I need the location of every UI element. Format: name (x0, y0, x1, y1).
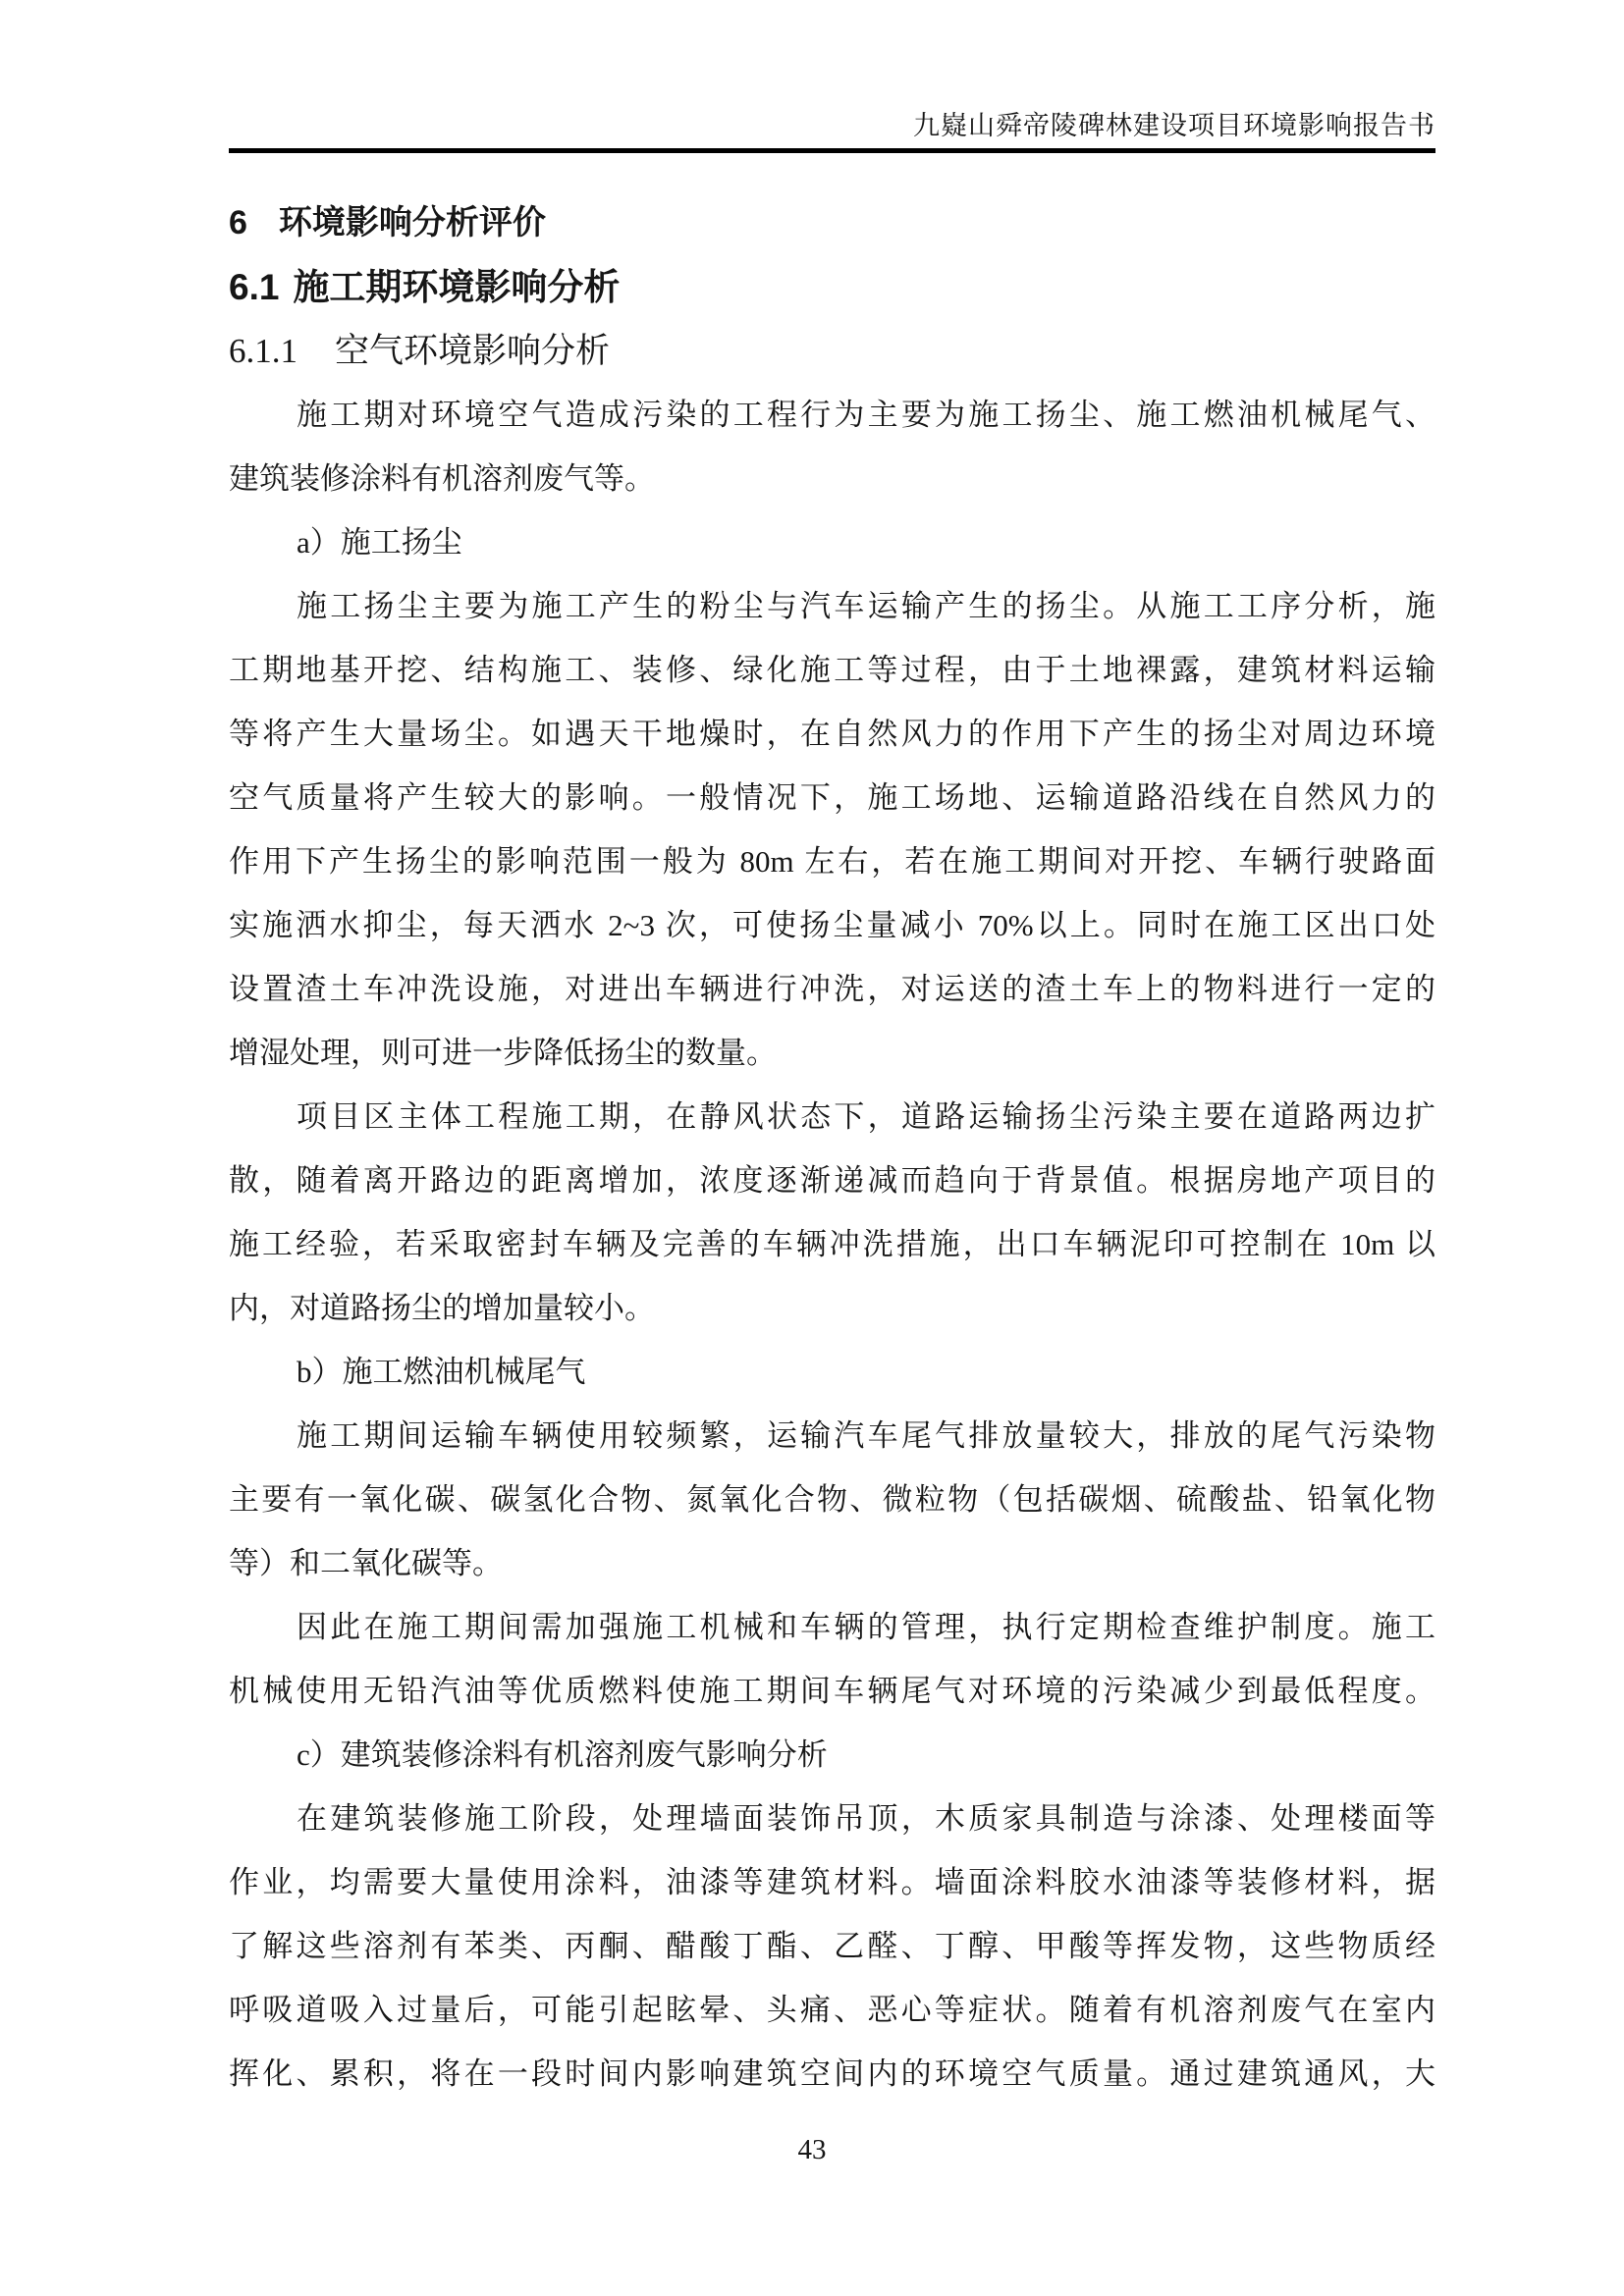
body-line: 施工扬尘主要为施工产生的粉尘与汽车运输产生的扬尘。从施工工序分析，施 (229, 574, 1435, 638)
body-line: 设置渣土车冲洗设施，对进出车辆进行冲洗，对运送的渣土车上的物料进行一定的 (229, 957, 1435, 1021)
subsubsection-number: 6.1.1 (229, 332, 298, 370)
body-line: 挥化、累积，将在一段时间内影响建筑空间内的环境空气质量。通过建筑通风，大 (229, 2042, 1435, 2106)
body-line: 工期地基开挖、结构施工、装修、绿化施工等过程，由于土地裸露，建筑材料运输 (229, 638, 1435, 702)
body-line: 因此在施工期间需加强施工机械和车辆的管理，执行定期检查维护制度。施工 (229, 1595, 1435, 1659)
body-line: 建筑装修涂料有机溶剂废气等。 (229, 447, 1435, 510)
subsubsection-heading: 6.1.1空气环境影响分析 (229, 319, 1435, 383)
body-line: 在建筑装修施工阶段，处理墙面装饰吊顶，木质家具制造与涂漆、处理楼面等 (229, 1787, 1435, 1850)
body-line: 机械使用无铅汽油等优质燃料使施工期间车辆尾气对环境的污染减少到最低程度。 (229, 1659, 1435, 1723)
body-line: 内，对道路扬尘的增加量较小。 (229, 1276, 1435, 1340)
body-line: 空气质量将产生较大的影响。一般情况下，施工场地、运输道路沿线在自然风力的 (229, 766, 1435, 829)
body-line: 作用下产生扬尘的影响范围一般为 80m 左右，若在施工期间对开挖、车辆行驶路面 (229, 829, 1435, 893)
subsubsection-title: 空气环境影响分析 (335, 332, 610, 370)
page-number: 43 (798, 2134, 827, 2165)
body-line: 施工经验，若采取密封车辆及完善的车辆冲洗措施，出口车辆泥印可控制在 10m 以 (229, 1212, 1435, 1276)
section-title: 环境影响分析评价 (279, 204, 546, 241)
body-line: 等将产生大量场尘。如遇天干地燥时，在自然风力的作用下产生的扬尘对周边环境 (229, 702, 1435, 766)
body-line: 等）和二氧化碳等。 (229, 1531, 1435, 1595)
body-text: 施工期对环境空气造成污染的工程行为主要为施工扬尘、施工燃油机械尾气、建筑装修涂料… (229, 383, 1435, 2106)
subsection-title: 施工期环境影响分析 (293, 267, 620, 307)
list-item-subheading: c）建筑装修涂料有机溶剂废气影响分析 (229, 1723, 1435, 1787)
document-page: 九嶷山舜帝陵碑林建设项目环境影响报告书 6环境影响分析评价 6.1施工期环境影响… (0, 0, 1624, 2296)
body-line: 作业，均需要大量使用涂料，油漆等建筑材料。墙面涂料胶水油漆等装修材料，据 (229, 1850, 1435, 1914)
body-line: 主要有一氧化碳、碳氢化合物、氮氧化合物、微粒物（包括碳烟、硫酸盐、铅氧化物 (229, 1468, 1435, 1531)
document-content: 6环境影响分析评价 6.1施工期环境影响分析 6.1.1空气环境影响分析 施工期… (229, 191, 1435, 2106)
body-line: 实施洒水抑尘，每天洒水 2~3 次，可使扬尘量减小 70%以上。同时在施工区出口… (229, 893, 1435, 957)
body-line: 散，随着离开路边的距离增加，浓度逐渐递减而趋向于背景值。根据房地产项目的 (229, 1148, 1435, 1212)
page-footer: 43 (0, 2132, 1624, 2167)
body-line: 项目区主体工程施工期，在静风状态下，道路运输扬尘污染主要在道路两边扩 (229, 1085, 1435, 1148)
header-rule (229, 148, 1435, 153)
section-heading: 6环境影响分析评价 (229, 191, 1435, 255)
body-line: 施工期间运输车辆使用较频繁，运输汽车尾气排放量较大，排放的尾气污染物 (229, 1404, 1435, 1468)
body-line: 了解这些溶剂有苯类、丙酮、醋酸丁酯、乙醛、丁醇、甲酸等挥发物，这些物质经 (229, 1914, 1435, 1978)
subsection-number: 6.1 (229, 267, 279, 307)
list-item-subheading: a）施工扬尘 (229, 510, 1435, 574)
body-line: 呼吸道吸入过量后，可能引起眩晕、头痛、恶心等症状。随着有机溶剂废气在室内 (229, 1978, 1435, 2042)
header-title: 九嶷山舜帝陵碑林建设项目环境影响报告书 (913, 109, 1435, 142)
list-item-subheading: b）施工燃油机械尾气 (229, 1340, 1435, 1404)
body-line: 施工期对环境空气造成污染的工程行为主要为施工扬尘、施工燃油机械尾气、 (229, 383, 1435, 447)
body-line: 增湿处理，则可进一步降低扬尘的数量。 (229, 1021, 1435, 1085)
subsection-heading: 6.1施工期环境影响分析 (229, 255, 1435, 319)
section-number: 6 (229, 204, 247, 241)
